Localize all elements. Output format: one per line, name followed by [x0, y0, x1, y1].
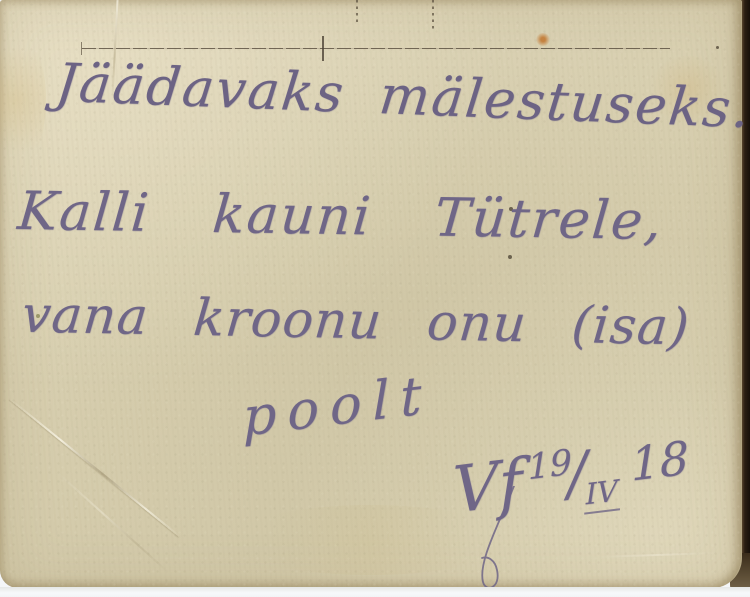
paper-crease [9, 398, 180, 537]
printed-divider-line [82, 48, 670, 49]
date-month-roman: IV [583, 473, 620, 515]
postcard-paper: Jäädavaks mälestuseks. Kalli kauni Tütre… [0, 0, 742, 588]
paper-crease [57, 472, 170, 574]
date-year: 18 [630, 430, 690, 491]
edge-yellowing [0, 30, 46, 170]
signature-flourish [470, 486, 530, 596]
scanner-bottom-strip [0, 587, 750, 597]
divider-center-tick [322, 36, 324, 61]
scanned-postcard-back: Jäädavaks mälestuseks. Kalli kauni Tütre… [0, 0, 750, 597]
dotted-guide-mark [356, 0, 358, 26]
inscription-line-2: Kalli kauni Tütrele, [15, 181, 665, 252]
paper-crease [598, 552, 718, 558]
inscription-line-3: vana kroonu onu (isa) [19, 286, 692, 358]
foxing-spot [536, 33, 550, 46]
inscription-line-4: poolt [242, 364, 433, 449]
dotted-guide-mark [432, 0, 434, 29]
dirt-speck [716, 46, 719, 49]
ink-speck [508, 255, 512, 259]
inscription-line-1: Jäädavaks mälestuseks. [53, 53, 750, 140]
